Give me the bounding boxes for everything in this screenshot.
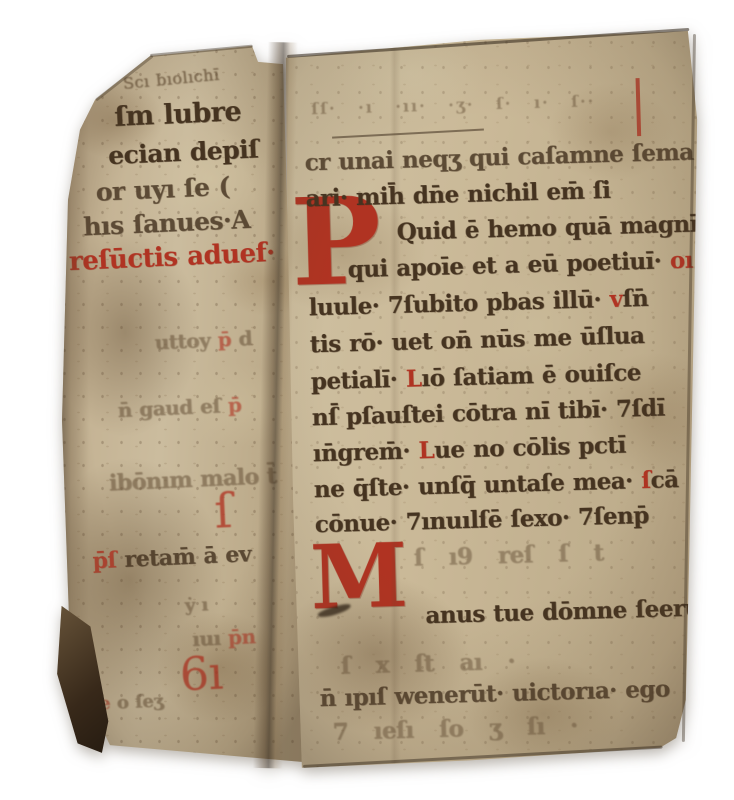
rubric-text-segment: p̄ſ xyxy=(92,547,125,574)
spine-text-line: 6ı xyxy=(179,646,224,702)
spine-text-line: ẏ ı xyxy=(184,594,208,616)
spine-text-line: ibōnım malo t̄ xyxy=(108,463,277,497)
ink-text-segment: nſ̄ pſauſtei cōtra nı̄ tibı̄· 7ſdı̄ xyxy=(312,394,666,431)
ink-text-segment: cōnue· 7ınuılſē ſexo· 7ſenp̄ xyxy=(315,502,650,538)
ink-text-segment: ecian depiſ xyxy=(108,134,259,170)
rubric-text-segment: L xyxy=(418,437,434,464)
spine-text-line: ſm lubre xyxy=(114,96,242,133)
page-text-line: ın̄grem̄· Lue no cōlis pctı̄ xyxy=(313,432,627,468)
page-text-line: ari· mih̄ dn̄e nichil em̄ ſi xyxy=(305,177,610,212)
rubric-initial-M: M xyxy=(309,531,409,622)
page-text-line: qui apoīe et a eū poetiuı̄· oı xyxy=(347,247,693,284)
rubric-text-segment: L xyxy=(405,365,421,392)
spine-text-line: or uyı ſe ( xyxy=(95,172,230,207)
ink-text-segment: 6ı xyxy=(179,646,224,702)
ink-text-segment: ſ ı9 reſ ſ t xyxy=(413,539,604,571)
rubric-text-segment: p̄ xyxy=(702,138,718,165)
spine-text-line: ſ xyxy=(213,483,233,540)
ink-text-segment: ın̄grem̄· xyxy=(313,437,419,467)
ink-text-segment: ne q̄ſte· unſq̄ untaſe mea· xyxy=(314,467,642,503)
ink-text-segment: anus tue dōmne ſeerūt xyxy=(425,594,711,629)
rubric-text-segment: ſ xyxy=(641,467,651,494)
ink-text-segment: uttoy xyxy=(154,327,218,354)
ink-text-segment: ẏ ı xyxy=(184,594,208,616)
ink-text-segment: n̄ ıpıſ wenerūt· uictorıa· ego xyxy=(319,675,670,712)
rubric-text-segment: v xyxy=(609,286,623,313)
ink-text-segment: Quid ē hemo quā magnı̄ xyxy=(396,210,698,245)
page-text-line: nſ̄ pſauſtei cōtra nı̄ tibı̄· 7ſdı̄ xyxy=(312,394,666,431)
page-text-line: 7 ıeſı ſo ʒ ſı · xyxy=(332,712,578,746)
spine-text-line: p̄ſ retam̄ ā ev xyxy=(92,541,252,574)
manuscript-page: ſſ· ·ı ·ıı· ·ʒ· ſ· ı· ſ·· P M cr unai ne… xyxy=(283,28,703,773)
page-text-line: Quid ē hemo quā magnı̄ xyxy=(396,210,698,245)
ink-text-segment: ue no cōlis pctı̄ xyxy=(434,432,626,464)
ink-text-segment: petialı̄· xyxy=(311,366,407,396)
rubric-initial-P: P xyxy=(289,181,383,303)
spine-text-line: ecian depiſ xyxy=(108,134,259,170)
ink-text-segment: ſ xyxy=(213,483,233,540)
manuscript-photo: Scı bıolıchı̄ſm lubreecian depiſor uyı ſ… xyxy=(0,0,734,800)
ink-text-segment: ſn̄ xyxy=(622,285,648,313)
ink-text-segment: d xyxy=(231,326,253,351)
spine-text-line: hıs ſanues·A xyxy=(83,205,251,242)
ink-text-segment: 7 ıeſı ſo ʒ ſı · xyxy=(332,712,578,746)
manuscript-book: Scı bıolıchı̄ſm lubreecian depiſor uyı ſ… xyxy=(0,0,734,800)
ink-text-segment: cā xyxy=(650,466,679,494)
ink-text-segment: ari· mih̄ dn̄e nichil em̄ ſi xyxy=(305,177,610,212)
page-text-block: ſſ· ·ı ·ıı· ·ʒ· ſ· ı· ſ·· P M cr unai ne… xyxy=(283,16,724,772)
spine-text-line: n̄ gaud eſ p̄ xyxy=(117,392,242,422)
page-text-line: ſ ı9 reſ ſ t xyxy=(413,539,604,571)
spine-text-line: ıuı p̄n xyxy=(192,624,256,651)
ink-text-segment: ıō ſatiam ē ouiſce xyxy=(421,359,641,392)
ink-text-segment: cr unai neqʒ qui caſamne ſema xyxy=(304,138,702,176)
page-text-line: n̄ ıpıſ wenerūt· uictorıa· ego xyxy=(319,675,670,712)
ink-text-segment: or uyı ſe ( xyxy=(95,172,230,207)
ink-text-segment: n̄ gaud eſ xyxy=(117,393,228,422)
rubric-text-segment: p̄ xyxy=(217,327,232,352)
spine-text-line: uttoy p̄ d xyxy=(154,326,252,354)
ink-text-segment: o ſeʒ xyxy=(110,690,164,713)
ink-text-segment: hıs ſanues·A xyxy=(83,205,251,242)
ink-text-segment: tis rō· uet on̄ nūs me ūſlua xyxy=(309,322,644,358)
page-text-lines: cr unai neqʒ qui caſamne ſema p̄ am̄ari·… xyxy=(283,16,703,28)
spine-text-line: reſūctis aduef· xyxy=(68,238,275,277)
page-text-line: luule· 7ſubito pbas illū· vſn̄ xyxy=(308,285,648,321)
page-text-line: ſ x ſt aı · xyxy=(340,648,515,680)
rubric-text-segment: p̄ xyxy=(227,392,242,417)
marginalia-underline xyxy=(332,128,484,138)
top-marginalia: ſſ· ·ı ·ıı· ·ʒ· ſ· ı· ſ·· xyxy=(311,91,595,118)
ink-text-segment: luule· 7ſubito pbas illū· xyxy=(308,286,610,321)
ink-text-segment: ſm lubre xyxy=(114,96,242,133)
ink-text-segment: ibōnım malo t̄ xyxy=(108,463,277,497)
ink-text-segment: ſ x ſt aı · xyxy=(340,648,515,680)
page-text-line: cōnue· 7ınuılſē ſexo· 7ſenp̄ xyxy=(315,502,650,538)
page-text-line: tis rō· uet on̄ nūs me ūſlua xyxy=(309,322,644,358)
page-text-line: cr unai neqʒ qui caſamne ſema p̄ am̄ xyxy=(304,137,734,177)
ink-text-segment: qui apoīe et a eū poetiuı̄· xyxy=(347,247,670,283)
ink-text-segment: retam̄ ā ev xyxy=(124,541,252,573)
page-text-line: petialı̄· Lıō ſatiam ē ouiſce xyxy=(311,359,642,395)
rubric-text-segment: p̄n xyxy=(227,624,256,649)
page-text-line: anus tue dōmne ſeerūt xyxy=(425,594,711,629)
rubric-paragraph-stroke xyxy=(636,78,642,136)
ink-text-segment: ıuı xyxy=(192,625,229,651)
ink-text-segment: reſūctis aduef· xyxy=(68,238,275,277)
page-text-line: ne q̄ſte· unſq̄ untaſe mea· ſcā xyxy=(314,466,679,503)
ink-text-segment: am̄ xyxy=(717,137,734,165)
